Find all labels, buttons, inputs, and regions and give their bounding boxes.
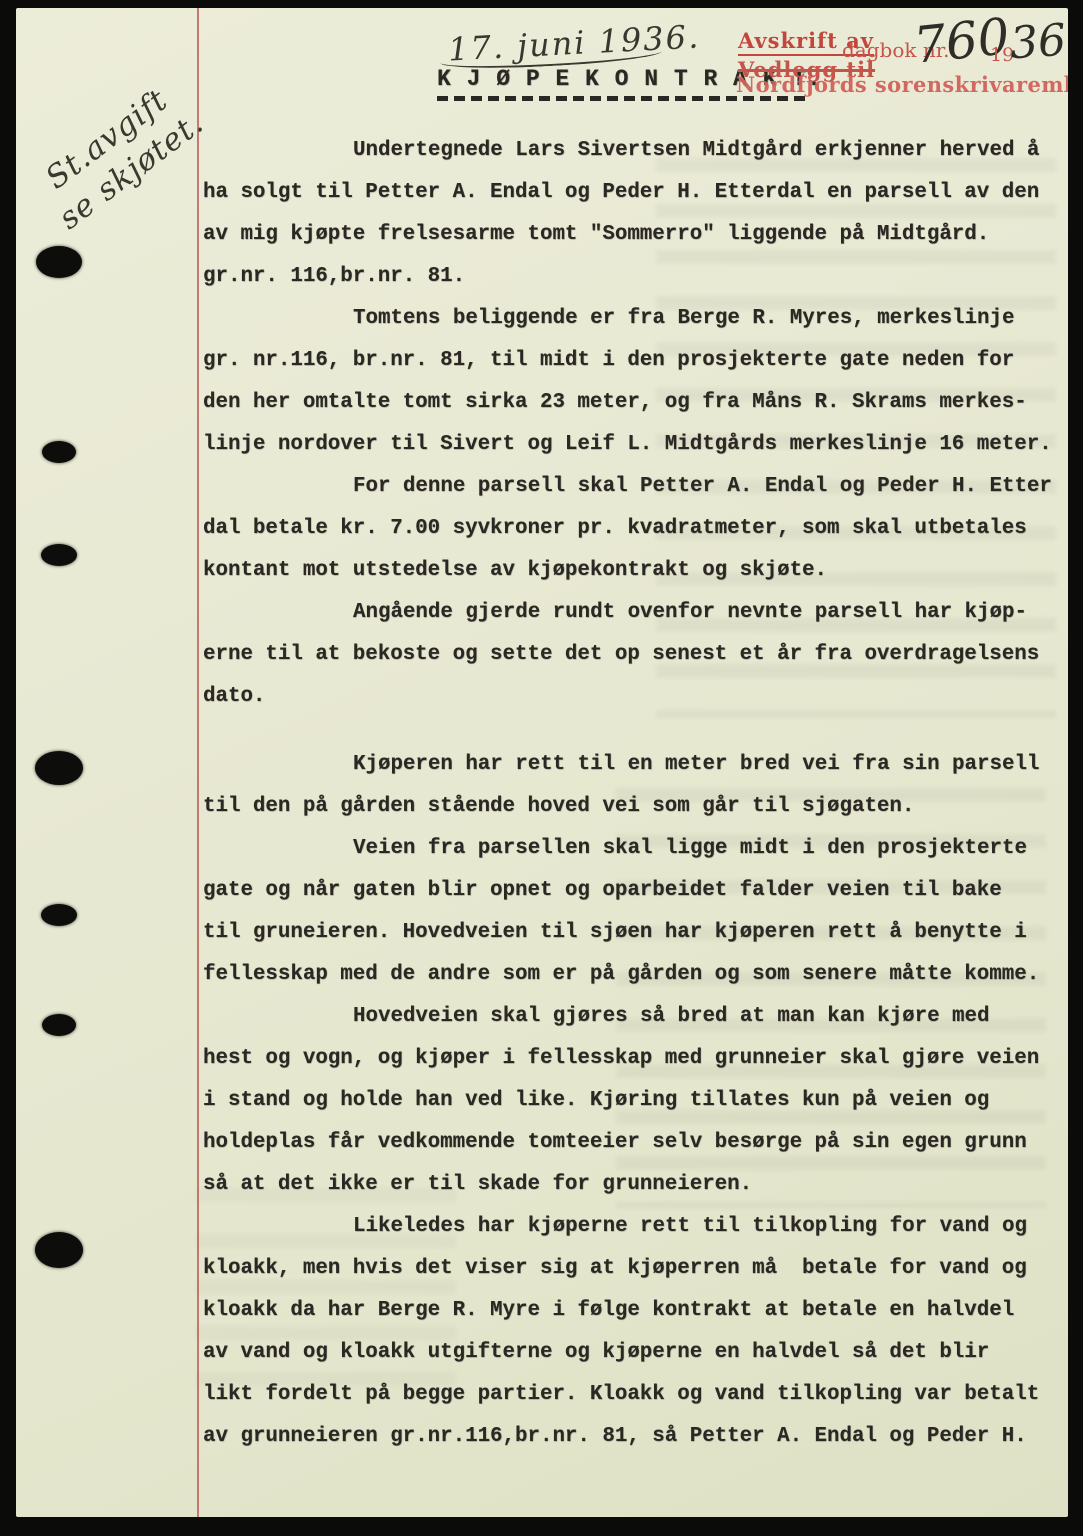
- paragraph: Tomtens beliggende er fra Berge R. Myres…: [203, 298, 1068, 466]
- paragraph: Likeledes har kjøperne rett til tilkopli…: [203, 1206, 1068, 1458]
- text-line: av grunneieren gr.nr.116,br.nr. 81, så P…: [203, 1416, 1068, 1458]
- text-line: For denne parsell skal Petter A. Endal o…: [203, 466, 1068, 508]
- stamp-office-name: Nordfjords sorenskrivarembete: [736, 72, 1068, 97]
- text-line: Hovedveien skal gjøres så bred at man ka…: [203, 996, 1068, 1038]
- margin-rule: [197, 8, 199, 1517]
- paragraph: Undertegnede Lars Sivertsen Midtgård erk…: [203, 130, 1068, 298]
- text-line: ha solgt til Petter A. Endal og Peder H.…: [203, 172, 1068, 214]
- text-line: av vand og kloakk utgifterne og kjøperne…: [203, 1332, 1068, 1374]
- text-line: Kjøperen har rett til en meter bred vei …: [203, 744, 1068, 786]
- scan-background: { "document": { "margin_note_line1": "St…: [0, 0, 1083, 1536]
- text-line: gr.nr. 116,br.nr. 81.: [203, 256, 1068, 298]
- paragraph: Hovedveien skal gjøres så bred at man ka…: [203, 996, 1068, 1206]
- text-line: av mig kjøpte frelsesarme tomt "Sommerro…: [203, 214, 1068, 256]
- text-line: til den på gården stående hoved vei som …: [203, 786, 1068, 828]
- handwritten-year: 36.: [1008, 14, 1068, 70]
- text-line: kontant mot utstedelse av kjøpekontrakt …: [203, 550, 1068, 592]
- text-line: den her omtalte tomt sirka 23 meter, og …: [203, 382, 1068, 424]
- text-line: Likeledes har kjøperne rett til tilkopli…: [203, 1206, 1068, 1248]
- text-line: dal betale kr. 7.00 syvkroner pr. kvadra…: [203, 508, 1068, 550]
- punch-hole: [42, 441, 76, 463]
- punch-hole: [35, 1232, 83, 1268]
- contract-body-text: Undertegnede Lars Sivertsen Midtgård erk…: [203, 130, 1068, 1458]
- punch-hole: [41, 544, 77, 566]
- text-line: så at det ikke er til skade for grunneie…: [203, 1164, 1068, 1206]
- paragraph: For denne parsell skal Petter A. Endal o…: [203, 466, 1068, 592]
- text-line: i stand og holde han ved like. Kjøring t…: [203, 1080, 1068, 1122]
- text-line: likt fordelt på begge partier. Kloakk og…: [203, 1374, 1068, 1416]
- text-line: til gruneieren. Hovedveien til sjøen har…: [203, 912, 1068, 954]
- text-line: Veien fra parsellen skal ligge midt i de…: [203, 828, 1068, 870]
- punch-hole: [36, 246, 82, 278]
- text-line: fellesskap med de andre som er på gården…: [203, 954, 1068, 996]
- text-line: holdeplas får vedkommende tomteeier selv…: [203, 1122, 1068, 1164]
- punch-hole: [41, 904, 77, 926]
- paragraph: Angående gjerde rundt ovenfor nevnte par…: [203, 592, 1068, 718]
- handwritten-margin-note: St.avgift se skjøtet.: [38, 71, 212, 229]
- text-line: hest og vogn, og kjøper i fellesskap med…: [203, 1038, 1068, 1080]
- text-line: dato.: [203, 676, 1068, 718]
- text-line: kloakk, men hvis det viser sig at kjøper…: [203, 1248, 1068, 1290]
- text-line: Undertegnede Lars Sivertsen Midtgård erk…: [203, 130, 1068, 172]
- text-line: gr. nr.116, br.nr. 81, til midt i den pr…: [203, 340, 1068, 382]
- punch-hole: [42, 1014, 76, 1036]
- text-line: Angående gjerde rundt ovenfor nevnte par…: [203, 592, 1068, 634]
- text-line: linje nordover til Sivert og Leif L. Mid…: [203, 424, 1068, 466]
- paragraph: Veien fra parsellen skal ligge midt i de…: [203, 828, 1068, 996]
- document-page: St.avgift se skjøtet. 17. juni 1936. K J…: [16, 8, 1068, 1517]
- text-line: gate og når gaten blir opnet og oparbeid…: [203, 870, 1068, 912]
- text-line: kloakk da har Berge R. Myre i følge kont…: [203, 1290, 1068, 1332]
- punch-hole: [35, 751, 83, 785]
- paragraph: Kjøperen har rett til en meter bred vei …: [203, 744, 1068, 828]
- text-line: Tomtens beliggende er fra Berge R. Myres…: [203, 298, 1068, 340]
- text-line: erne til at bekoste og sette det op sene…: [203, 634, 1068, 676]
